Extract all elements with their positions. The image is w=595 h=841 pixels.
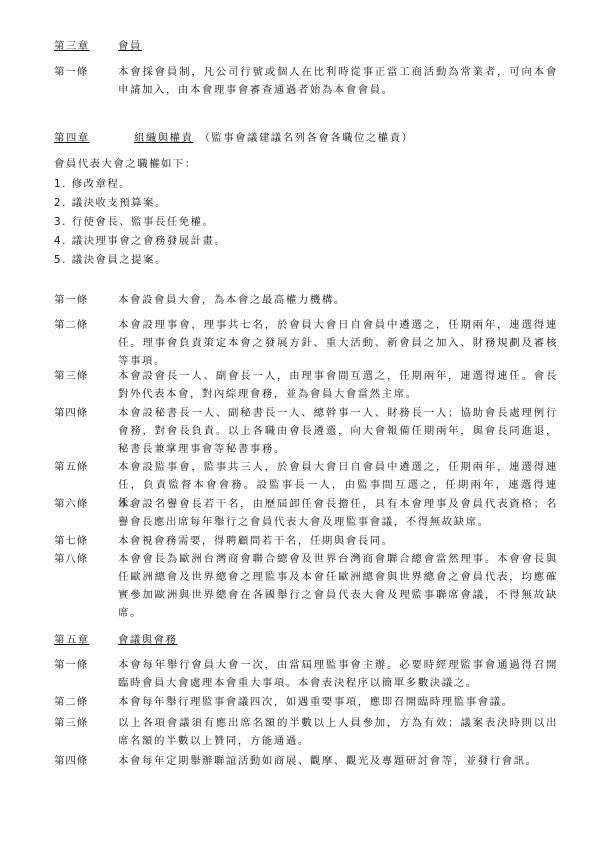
article: 第二條 本會設理事會，理事共七名，於會員大會日自會員中遴選之，任期兩年，連選得連… <box>54 316 564 370</box>
article: 第二條 本會每年舉行理監事會議四次，如遇重要事項，應即召開臨時理監事會議。 <box>54 693 564 711</box>
article-text: 本會設名譽會長若干名，由歷屆卸任會長擔任，具有本會理事及會員代表資格；名譽會長應… <box>118 495 558 531</box>
article-label: 第二條 <box>54 316 118 370</box>
list-item: 1. 修改章程。 <box>54 175 226 194</box>
article-text: 以上各項會議須有應出席名額的半數以上人員參加，方為有效；議案表決時則以出席名額的… <box>118 714 558 750</box>
article: 第一條 本會設會員大會，為本會之最高權力機構。 <box>54 291 564 309</box>
article-text: 本會每年舉行會員大會一次，由當屆理監事會主辦。必要時經理監事會通過得召開臨時會員… <box>118 656 558 692</box>
article-text: 本會採會員制，凡公司行號或個人在比利時從事正當工商活動為常業者，可向本會申請加入… <box>118 63 558 99</box>
chapter-title: 會議與會務 <box>118 631 177 646</box>
article-text: 本會設會員大會，為本會之最高權力機構。 <box>118 291 558 309</box>
article-label: 第三條 <box>54 367 118 403</box>
chapter-title: 會員 <box>118 37 142 52</box>
article-label: 第二條 <box>54 693 118 711</box>
chapter-5-heading: 第五章 會議與會務 <box>54 631 177 646</box>
article: 第一條 本會每年舉行會員大會一次，由當屆理監事會主辦。必要時經理監事會通過得召開… <box>54 656 564 692</box>
powers-intro: 會員代表大會之職權如下： <box>54 155 197 170</box>
article-label: 第七條 <box>54 532 118 550</box>
article-label: 第六條 <box>54 495 118 531</box>
article: 第一條 本會採會員制，凡公司行號或個人在比利時從事正當工商活動為常業者，可向本會… <box>54 63 564 99</box>
article-text: 本會每年舉行理監事會議四次，如遇重要事項，應即召開臨時理監事會議。 <box>118 693 558 711</box>
article-label: 第八條 <box>54 550 118 622</box>
article: 第七條 本會視會務需要，得聘顧問若干名，任期與會長同。 <box>54 532 564 550</box>
article-text: 本會設理事會，理事共七名，於會員大會日自會員中遴選之，任期兩年，連選得連任。理事… <box>118 316 558 370</box>
article-label: 第一條 <box>54 291 118 309</box>
list-item: 2. 議決收支預算案。 <box>54 194 226 213</box>
article: 第四條 本會設秘書長一人、副秘書長一人、總幹事一人、財務長一人；協助會長處理例行… <box>54 404 564 458</box>
article-label: 第一條 <box>54 656 118 692</box>
chapter-4-heading: 第四章 組織與權責 （監事會議建議名列各會各職位之權責） <box>54 129 413 144</box>
article: 第八條 本會會長為歐洲台灣商會聯合總會及世界台灣商會聯合總會當然理事。本會會長與… <box>54 550 564 622</box>
list-item: 5. 議決會員之提案。 <box>54 251 226 270</box>
article-text: 本會會長為歐洲台灣商會聯合總會及世界台灣商會聯合總會當然理事。本會會長與任歐洲總… <box>118 550 558 622</box>
list-item: 4. 議決理事會之會務發展計畫。 <box>54 232 226 251</box>
chapter-number: 第五章 <box>54 631 118 646</box>
article: 第三條 本會設會長一人、副會長一人，由理事會間互選之，任期兩年，連選得連任。會長… <box>54 367 564 403</box>
article: 第三條 以上各項會議須有應出席名額的半數以上人員參加，方為有效；議案表決時則以出… <box>54 714 564 750</box>
article-label: 第一條 <box>54 63 118 99</box>
document-page: 第三章 會員 第一條 本會採會員制，凡公司行號或個人在比利時從事正當工商活動為常… <box>0 0 595 841</box>
article-label: 第四條 <box>54 404 118 458</box>
chapter-title: 組織與權責 <box>134 129 193 144</box>
article-text: 本會設秘書長一人、副秘書長一人、總幹事一人、財務長一人；協助會長處理例行會務，對… <box>118 404 558 458</box>
list-item: 3. 行使會長、監事長任免權。 <box>54 213 226 232</box>
article-label: 第三條 <box>54 714 118 750</box>
chapter-3-heading: 第三章 會員 <box>54 37 142 52</box>
article-label: 第四條 <box>54 752 118 770</box>
chapter-number: 第三章 <box>54 37 118 52</box>
article-text: 本會設會長一人、副會長一人，由理事會間互選之，任期兩年，連選得連任。會長對外代表… <box>118 367 558 403</box>
powers-list: 1. 修改章程。 2. 議決收支預算案。 3. 行使會長、監事長任免權。 4. … <box>54 175 226 270</box>
article: 第四條 本會每年定期舉辦聯誼活動如商展、觀摩、觀光及專題研討會等，並發行會訊。 <box>54 752 564 770</box>
article: 第六條 本會設名譽會長若干名，由歷屆卸任會長擔任，具有本會理事及會員代表資格；名… <box>54 495 564 531</box>
article-text: 本會視會務需要，得聘顧問若干名，任期與會長同。 <box>118 532 558 550</box>
article-text: 本會每年定期舉辦聯誼活動如商展、觀摩、觀光及專題研討會等，並發行會訊。 <box>118 752 558 770</box>
chapter-number: 第四章 <box>54 129 134 144</box>
chapter-note: （監事會議建議名列各會各職位之權責） <box>199 129 413 144</box>
